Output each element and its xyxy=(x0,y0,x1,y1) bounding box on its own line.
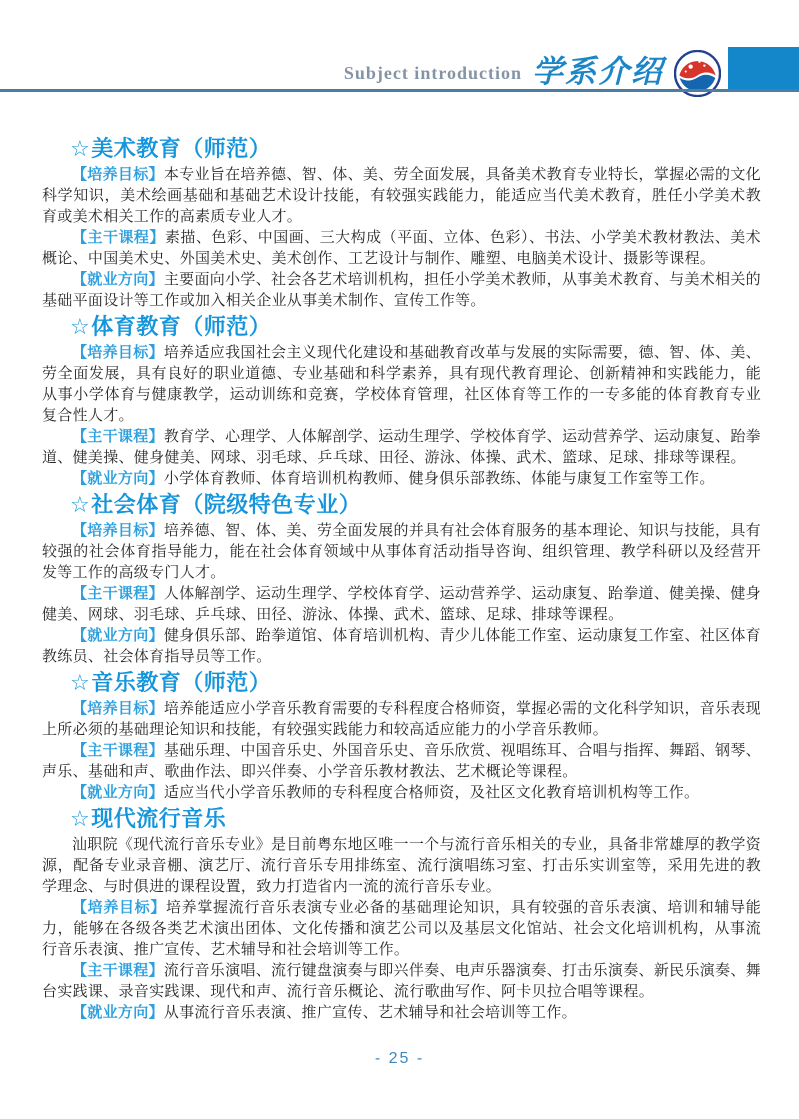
document-page: Subject introduction 学系介绍 ☆美术教育（师范） 【培养目… xyxy=(0,0,799,1119)
paragraph-label: 【主干课程】 xyxy=(72,428,164,445)
paragraph: 【就业方向】主要面向小学、社会各艺术培训机构，担任小学美术教师，从事美术教育、与… xyxy=(42,269,761,311)
paragraph-label: 【培养目标】 xyxy=(72,166,164,183)
paragraph: 【培养目标】培养能适应小学音乐教育需要的专科程度合格师资，掌握必需的文化科学知识… xyxy=(42,698,761,740)
paragraph-label: 【就业方向】 xyxy=(72,1004,164,1021)
paragraph: 【就业方向】健身俱乐部、跆拳道馆、体育培训机构、青少儿体能工作室、运动康复工作室… xyxy=(42,625,761,667)
paragraph-label: 【主干课程】 xyxy=(72,742,164,759)
paragraph: 【主干课程】人体解剖学、运动生理学、学校体育学、运动营养学、运动康复、跆拳道、健… xyxy=(42,583,761,625)
paragraph: 【主干课程】流行音乐演唱、流行键盘演奏与即兴伴奏、电声乐器演奏、打击乐演奏、新民… xyxy=(42,960,761,1002)
paragraph-label: 【培养目标】 xyxy=(72,522,164,539)
header-subtitle-en: Subject introduction xyxy=(344,63,522,89)
header-title-zh: 学系介绍 xyxy=(532,56,664,89)
paragraph-text: 从事流行音乐表演、推广宣传、艺术辅导和社会培训等工作。 xyxy=(164,1004,577,1021)
paragraph-text: 小学体育教师、体育培训机构教师、健身俱乐部教练、体能与康复工作室等工作。 xyxy=(164,470,715,487)
paragraph-label: 【就业方向】 xyxy=(72,627,164,644)
section-title-music-education: ☆音乐教育（师范） xyxy=(42,670,761,696)
section-title-social-sports: ☆社会体育（院级特色专业） xyxy=(42,492,761,518)
paragraph: 【就业方向】小学体育教师、体育培训机构教师、健身俱乐部教练、体能与康复工作室等工… xyxy=(42,468,761,489)
page-content: ☆美术教育（师范） 【培养目标】本专业旨在培养德、智、体、美、劳全面发展，具备美… xyxy=(42,133,761,1023)
page-header: Subject introduction 学系介绍 xyxy=(0,0,799,92)
paragraph: 【培养目标】本专业旨在培养德、智、体、美、劳全面发展，具备美术教育专业特长，掌握… xyxy=(42,164,761,227)
paragraph-label: 【就业方向】 xyxy=(72,784,164,801)
section-title-art-education: ☆美术教育（师范） xyxy=(42,136,761,162)
paragraph-text: 适应当代小学音乐教师的专科程度合格师资，及社区文化教育培训机构等工作。 xyxy=(164,784,700,801)
section-title-modern-pop-music: ☆现代流行音乐 xyxy=(42,806,761,832)
paragraph: 【就业方向】从事流行音乐表演、推广宣传、艺术辅导和社会培训等工作。 xyxy=(42,1002,761,1023)
paragraph-label: 【培养目标】 xyxy=(72,700,164,717)
paragraph-label: 【主干课程】 xyxy=(72,962,164,979)
paragraph-text: 汕职院《现代流行音乐专业》是目前粤东地区唯一一个与流行音乐相关的专业，具备非常雄… xyxy=(42,836,761,895)
section-title-pe-education: ☆体育教育（师范） xyxy=(42,314,761,340)
paragraph-label: 【就业方向】 xyxy=(72,470,164,487)
header-divider-line xyxy=(0,89,799,92)
paragraph: 【主干课程】教育学、心理学、人体解剖学、运动生理学、学校体育学、运动营养学、运动… xyxy=(42,426,761,468)
paragraph-label: 【主干课程】 xyxy=(72,585,164,602)
paragraph: 【培养目标】培养掌握流行音乐表演专业必备的基础理论知识，具有较强的音乐表演、培训… xyxy=(42,897,761,960)
star-icon: ☆ xyxy=(70,314,90,339)
page-footer: - 25 - xyxy=(0,1050,799,1068)
paragraph-label: 【培养目标】 xyxy=(72,344,164,361)
star-icon: ☆ xyxy=(70,136,90,161)
paragraph-label: 【就业方向】 xyxy=(72,271,164,288)
page-number: - 25 - xyxy=(375,1050,424,1067)
paragraph: 【培养目标】培养适应我国社会主义现代化建设和基础教育改革与发展的实际需要，德、智… xyxy=(42,342,761,426)
paragraph-label: 【培养目标】 xyxy=(72,899,166,916)
paragraph: 汕职院《现代流行音乐专业》是目前粤东地区唯一一个与流行音乐相关的专业，具备非常雄… xyxy=(42,834,761,897)
star-icon: ☆ xyxy=(70,492,90,517)
paragraph: 【主干课程】基础乐理、中国音乐史、外国音乐史、音乐欣赏、视唱练耳、合唱与指挥、舞… xyxy=(42,740,761,782)
paragraph: 【培养目标】培养德、智、体、美、劳全面发展的并具有社会体育服务的基本理论、知识与… xyxy=(42,520,761,583)
star-icon: ☆ xyxy=(70,670,90,695)
header-accent-block xyxy=(728,47,799,89)
paragraph: 【主干课程】素描、色彩、中国画、三大构成（平面、立体、色彩）、书法、小学美术教材… xyxy=(42,227,761,269)
paragraph: 【就业方向】适应当代小学音乐教师的专科程度合格师资，及社区文化教育培训机构等工作… xyxy=(42,782,761,803)
paragraph-label: 【主干课程】 xyxy=(72,229,165,246)
star-icon: ☆ xyxy=(70,806,90,831)
